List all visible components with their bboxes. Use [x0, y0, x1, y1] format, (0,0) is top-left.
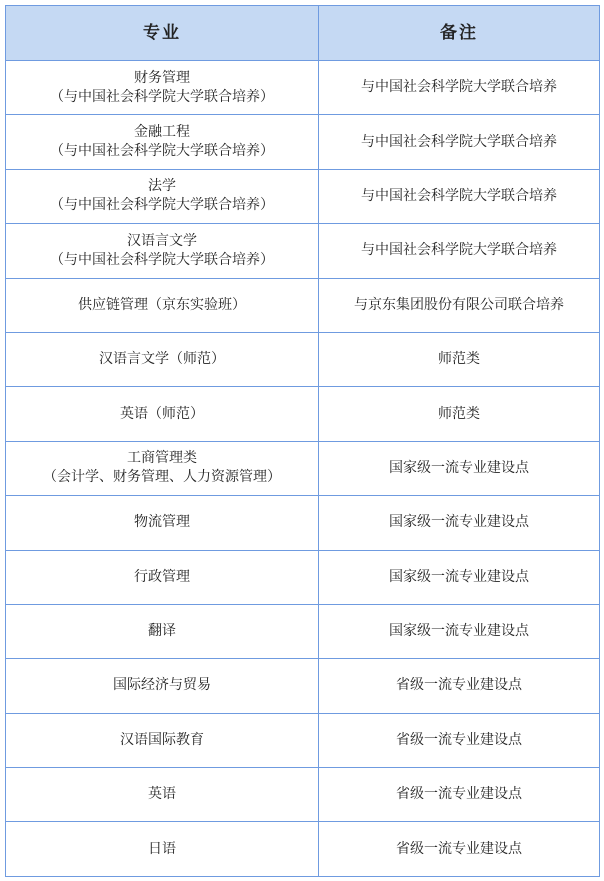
major-name: 行政管理: [10, 568, 314, 587]
major-name: 工商管理类: [10, 449, 314, 468]
major-cell: 英语: [6, 768, 319, 822]
major-name: 英语: [10, 785, 314, 804]
major-cell: 英语（师范）: [6, 387, 319, 441]
remark-cell: 国家级一流专业建设点: [319, 441, 600, 495]
major-note: （与中国社会科学院大学联合培养）: [10, 196, 314, 215]
major-cell: 汉语言文学（师范）: [6, 332, 319, 386]
major-note: （与中国社会科学院大学联合培养）: [10, 142, 314, 161]
header-row: 专业 备注: [6, 6, 600, 61]
major-cell: 日语: [6, 822, 319, 876]
table-row: 日语省级一流专业建设点: [6, 822, 600, 876]
header-remark: 备注: [319, 6, 600, 61]
remark-cell: 与中国社会科学院大学联合培养: [319, 115, 600, 169]
major-name: 法学: [10, 177, 314, 196]
remark-cell: 与中国社会科学院大学联合培养: [319, 224, 600, 278]
remark-cell: 国家级一流专业建设点: [319, 550, 600, 604]
table-row: 金融工程（与中国社会科学院大学联合培养）与中国社会科学院大学联合培养: [6, 115, 600, 169]
major-cell: 国际经济与贸易: [6, 659, 319, 713]
table-row: 行政管理国家级一流专业建设点: [6, 550, 600, 604]
remark-cell: 省级一流专业建设点: [319, 713, 600, 767]
major-cell: 财务管理（与中国社会科学院大学联合培养）: [6, 61, 319, 115]
remark-cell: 国家级一流专业建设点: [319, 604, 600, 658]
table-row: 英语省级一流专业建设点: [6, 768, 600, 822]
major-note: （与中国社会科学院大学联合培养）: [10, 251, 314, 270]
remark-cell: 与京东集团股份有限公司联合培养: [319, 278, 600, 332]
remark-cell: 与中国社会科学院大学联合培养: [319, 61, 600, 115]
major-name: 金融工程: [10, 123, 314, 142]
major-name: 翻译: [10, 622, 314, 641]
major-note: （会计学、财务管理、人力资源管理）: [10, 468, 314, 487]
table-row: 汉语国际教育省级一流专业建设点: [6, 713, 600, 767]
table-row: 翻译国家级一流专业建设点: [6, 604, 600, 658]
table-row: 法学（与中国社会科学院大学联合培养）与中国社会科学院大学联合培养: [6, 169, 600, 223]
major-name: 汉语言文学: [10, 232, 314, 251]
major-cell: 法学（与中国社会科学院大学联合培养）: [6, 169, 319, 223]
major-name: 汉语言文学（师范）: [10, 350, 314, 369]
major-cell: 金融工程（与中国社会科学院大学联合培养）: [6, 115, 319, 169]
major-note: （与中国社会科学院大学联合培养）: [10, 88, 314, 107]
major-cell: 行政管理: [6, 550, 319, 604]
major-name: 供应链管理（京东实验班）: [10, 296, 314, 315]
major-cell: 供应链管理（京东实验班）: [6, 278, 319, 332]
major-name: 日语: [10, 840, 314, 859]
remark-cell: 与中国社会科学院大学联合培养: [319, 169, 600, 223]
remark-cell: 师范类: [319, 387, 600, 441]
remark-cell: 省级一流专业建设点: [319, 768, 600, 822]
remark-cell: 国家级一流专业建设点: [319, 496, 600, 550]
major-name: 国际经济与贸易: [10, 676, 314, 695]
table-row: 汉语言文学（与中国社会科学院大学联合培养）与中国社会科学院大学联合培养: [6, 224, 600, 278]
remark-cell: 师范类: [319, 332, 600, 386]
remark-cell: 省级一流专业建设点: [319, 822, 600, 876]
table-row: 国际经济与贸易省级一流专业建设点: [6, 659, 600, 713]
table-row: 供应链管理（京东实验班）与京东集团股份有限公司联合培养: [6, 278, 600, 332]
table-row: 工商管理类（会计学、财务管理、人力资源管理）国家级一流专业建设点: [6, 441, 600, 495]
remark-cell: 省级一流专业建设点: [319, 659, 600, 713]
table-row: 汉语言文学（师范）师范类: [6, 332, 600, 386]
major-name: 财务管理: [10, 69, 314, 88]
header-major: 专业: [6, 6, 319, 61]
major-name: 物流管理: [10, 513, 314, 532]
table-row: 财务管理（与中国社会科学院大学联合培养）与中国社会科学院大学联合培养: [6, 61, 600, 115]
majors-table: 专业 备注 财务管理（与中国社会科学院大学联合培养）与中国社会科学院大学联合培养…: [5, 5, 600, 877]
table-row: 物流管理国家级一流专业建设点: [6, 496, 600, 550]
major-cell: 汉语国际教育: [6, 713, 319, 767]
major-name: 汉语国际教育: [10, 731, 314, 750]
major-cell: 汉语言文学（与中国社会科学院大学联合培养）: [6, 224, 319, 278]
table-row: 英语（师范）师范类: [6, 387, 600, 441]
major-cell: 翻译: [6, 604, 319, 658]
major-name: 英语（师范）: [10, 405, 314, 424]
major-cell: 物流管理: [6, 496, 319, 550]
major-cell: 工商管理类（会计学、财务管理、人力资源管理）: [6, 441, 319, 495]
